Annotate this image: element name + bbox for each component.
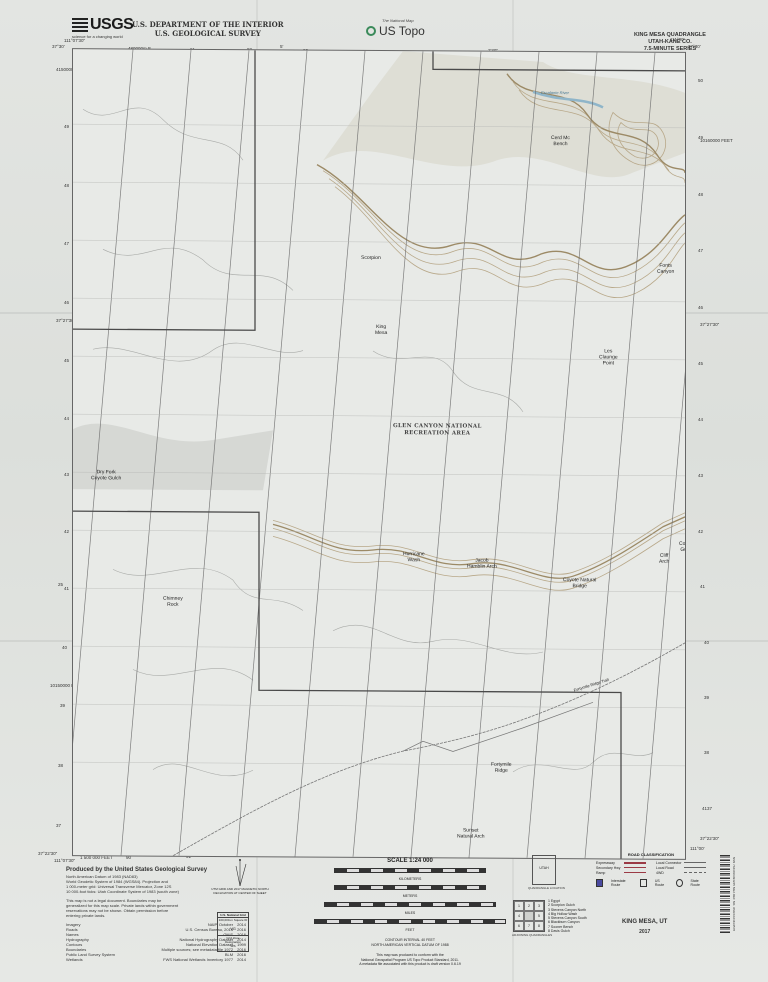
miles-label: MILES — [310, 911, 510, 915]
corner-lat-label: 37°22'30" — [38, 851, 57, 856]
label-sunset-natural-arch: Sunset Natural Arch — [457, 827, 485, 839]
mid-lat-label: 37°27'30" — [700, 322, 719, 327]
product-subtitle: The National Map — [382, 18, 414, 23]
secondary-hwy-symbol — [624, 867, 646, 868]
contour-notes: CONTOUR INTERVAL 40 FEET NORTH AMERICAN … — [310, 938, 510, 947]
label-scorpion: Scorpion — [361, 255, 381, 261]
usgs-logo: USGS — [72, 16, 133, 34]
legend-label: 4WD — [656, 871, 664, 875]
usng-zone-id: 12S — [218, 944, 248, 948]
grid-tick-left: 38 — [58, 763, 63, 768]
sheet-year: 2017 — [622, 929, 667, 935]
grid-cell: 2 — [524, 901, 534, 911]
local-connector-symbol — [684, 862, 706, 863]
legend-label: State Route — [691, 879, 706, 887]
label-dry-fork-coyote-gulch: Dry Fork Coyote Gulch — [91, 469, 121, 481]
ramp-symbol — [624, 872, 646, 873]
grid-cell: 6 — [514, 921, 524, 931]
grid-tick-right: 39 — [704, 695, 709, 700]
label-fonts-canyon: Fonts Canyon — [657, 263, 674, 275]
grid-tick-right: 42 — [698, 529, 703, 534]
adjoining-quad-name: 8 Davis Gulch — [548, 929, 587, 933]
legend-label: Local Road — [656, 866, 674, 870]
northing-label: 10160000 FEET — [700, 138, 733, 143]
barcode — [720, 855, 730, 933]
label-river: Escalante River — [541, 90, 569, 96]
grid-tick-left: 48 — [64, 183, 69, 188]
meters-label: METERS — [310, 894, 510, 898]
adjoining-quad-list: 1 Egypt 2 Scorpion Gulch 3 Stevens Canyo… — [548, 899, 587, 933]
zone-label: 25 — [58, 582, 63, 587]
credit-item: Wetlands — [66, 957, 115, 962]
topo-map-graphic — [73, 49, 685, 859]
route-shields: Interstate Route US Route State Route — [596, 879, 706, 887]
grid-tick-left: 41 — [64, 586, 69, 591]
usng-square-label: 100,000-m Square ID — [218, 918, 248, 922]
grid-cell: 3 — [534, 901, 544, 911]
grid-tick-left: 46 — [64, 300, 69, 305]
credit-source: FWS National Wetlands Inventory 1977 — [119, 957, 233, 962]
legend-label: Expressway — [596, 861, 615, 865]
grid-tick-left: 44 — [64, 416, 69, 421]
grid-tick-right: 38 — [704, 750, 709, 755]
grid-tick-left: 37 — [56, 823, 61, 828]
declination-caption: UTM GRID AND 2017 MAGNETIC NORTH DECLINA… — [210, 887, 270, 895]
department-name: U.S. DEPARTMENT OF THE INTERIOR — [132, 20, 284, 29]
mile-scalebar — [324, 902, 496, 907]
grid-tick-left: 39 — [60, 703, 65, 708]
grid-tick-left: 49 — [64, 124, 69, 129]
scale-title: SCALE 1:24 000 — [310, 858, 510, 864]
survey-name: U.S. GEOLOGICAL SURVEY — [132, 29, 284, 38]
grid-tick-right: 50 — [698, 78, 703, 83]
vertical-datum: NORTH AMERICAN VERTICAL DATUM OF 1988 — [310, 943, 510, 948]
legend-label: Local Connector — [656, 861, 682, 865]
label-jacob-hamblin-arch: Jacob Hamblin Arch — [467, 558, 497, 570]
corner-lon-label: 111°00' — [670, 37, 685, 42]
us-topo-wordmark: US Topo — [379, 24, 425, 38]
meter-scalebar — [334, 885, 486, 890]
feet-label: FEET — [310, 928, 510, 932]
sheet-name-block: KING MESA, UT 2017 — [622, 919, 667, 935]
corner-lon-label: 111°07'30" — [64, 38, 85, 43]
standard-note-line: A metadata file associated with this pro… — [310, 962, 510, 967]
label-king-mesa: King Mesa — [375, 324, 387, 336]
grid-tick-right: 41 — [700, 584, 705, 589]
legend-label: US Route — [655, 879, 668, 887]
legend-label: Ramp — [596, 871, 605, 875]
grid-tick-right: 4137 — [702, 806, 712, 811]
grid-tick-right: 44 — [698, 417, 703, 422]
grid-tick-right: 45 — [698, 361, 703, 366]
grid-cell: 4 — [514, 911, 524, 921]
corner-lon-label: 111°07'30" — [54, 858, 75, 863]
usgs-wave-icon — [72, 18, 88, 32]
grid-cell: 8 — [534, 921, 544, 931]
label-fortymile-ridge: Fortymile Ridge — [491, 762, 512, 774]
grid-tick-right: 40 — [704, 640, 709, 645]
legend-label: Interstate Route — [611, 879, 632, 887]
declination-diagram: UTM GRID AND 2017 MAGNETIC NORTH DECLINA… — [210, 858, 270, 895]
label-chimney-rock: Chimney Rock — [163, 596, 183, 608]
corner-lon-label: 111°00' — [690, 846, 705, 851]
feet-scalebar — [314, 919, 506, 924]
credit-year: 2014 — [237, 957, 246, 962]
road-legend-title: ROAD CLASSIFICATION — [596, 852, 706, 857]
kilometer-scalebar — [334, 868, 486, 873]
usng-square-id: VG — [218, 926, 248, 931]
state-route-shield-icon — [676, 879, 683, 887]
legend-row-ramp: Ramp — [596, 870, 646, 875]
grid-cell: 5 — [534, 911, 544, 921]
legend-label: Secondary Hwy — [596, 866, 621, 870]
grid-tick-left: 42 — [64, 529, 69, 534]
map-body[interactable]: GLEN CANYON NATIONAL RECREATION AREA Cer… — [72, 48, 686, 860]
label-coyote-natural-bridge: Coyote Natural Bridge — [563, 577, 596, 589]
barcode-text: NSN 7643016394245 NGA REF NO. USGSX24K34… — [732, 857, 736, 931]
standard-notes: This map was produced to conform with th… — [310, 953, 510, 967]
expressway-symbol — [624, 862, 646, 864]
corner-lat-label: 37°30' — [52, 44, 65, 49]
usgs-wordmark: USGS — [90, 16, 133, 34]
grid-tick-left: 45 — [64, 358, 69, 363]
usng-zone-label: Grid Zone Designation — [218, 935, 248, 944]
grid-cell: 7 — [524, 921, 534, 931]
usng-box: U.S. National Grid 100,000-m Square ID V… — [217, 912, 249, 952]
label-les-claunge-point: Les Claunge Point — [599, 348, 618, 366]
adjoining-quad-grid: 1 2 3 4 5 6 7 8 — [513, 900, 545, 932]
grid-tick-right: 43 — [698, 473, 703, 478]
local-road-symbol — [684, 867, 706, 868]
sheet-name: KING MESA, UT — [622, 919, 667, 925]
grid-cell-current — [524, 911, 534, 921]
department-title: U.S. DEPARTMENT OF THE INTERIOR U.S. GEO… — [132, 20, 284, 38]
quadrangle-title-block: KING MESA QUADRANGLE UTAH-KANE CO. 7.5-M… — [620, 32, 720, 53]
label-cerd-mc-bench: Cerd Mc Bench — [551, 135, 570, 147]
us-topo-logo: US Topo — [366, 24, 425, 38]
map-sheet: USGS science for a changing world U.S. D… — [0, 0, 768, 982]
grid-tick-left: 47 — [64, 241, 69, 246]
label-glen-canyon-nra: GLEN CANYON NATIONAL RECREATION AREA — [393, 423, 482, 438]
4wd-symbol — [684, 872, 706, 873]
label-coyote-gulch: Coyote Gulch — [679, 541, 686, 553]
label-hurricane-wash: Hurricane Wash — [403, 551, 425, 563]
grid-tick-right: 49 — [698, 135, 703, 140]
grid-tick-right: 46 — [698, 305, 703, 310]
corner-lat-label: 37°22'30" — [700, 836, 719, 841]
road-legend: ROAD CLASSIFICATION Expressway Secondary… — [596, 852, 706, 887]
state-location-map: UTAH — [532, 855, 556, 885]
grid-tick-left: 43 — [64, 472, 69, 477]
grid-tick-right: 48 — [698, 192, 703, 197]
grid-cell: 1 — [514, 901, 524, 911]
us-topo-icon — [366, 26, 376, 36]
grid-tick-left: 40 — [62, 645, 67, 650]
interstate-shield-icon — [596, 879, 603, 887]
north-arrow-icon — [220, 858, 260, 886]
mid-lon-label: 5' — [280, 44, 283, 49]
corner-lat-label: 37°30' — [688, 44, 701, 49]
label-cliff-arch: Cliff Arch — [659, 553, 669, 565]
location-caption: QUADRANGLE LOCATION — [528, 886, 565, 891]
state-name: UTAH — [533, 866, 555, 870]
kilometers-label: KILOMETERS — [310, 877, 510, 881]
us-route-shield-icon — [640, 879, 647, 887]
grid-tick-right: 47 — [698, 248, 703, 253]
legend-row-4wd: 4WD — [656, 870, 706, 875]
scale-block: SCALE 1:24 000 KILOMETERS METERS MILES F… — [310, 858, 510, 967]
adjoining-caption: ADJOINING QUADRANGLES — [512, 933, 552, 938]
